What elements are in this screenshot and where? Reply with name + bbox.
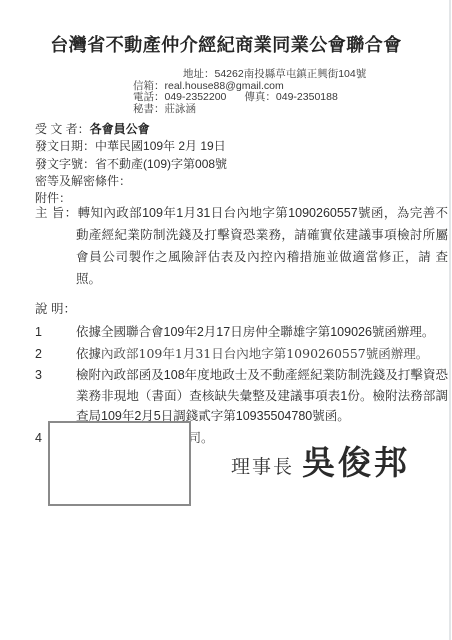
description-item: 1 依據全國聯合會109年2月17日房仲全聯雄字第109026號函辦理。 — [35, 322, 448, 343]
fax-value: 049-2350188 — [276, 91, 338, 103]
letter-body: 主 旨：轉知內政部109年1月31日台內地字第1090260557號函，為完善不… — [35, 202, 448, 449]
item-text-ming: 內政部109年1月31日台內地字第1090260557號函辦理。 — [101, 346, 428, 361]
fax-label: 傳真： — [244, 91, 276, 103]
official-letter-page: 台灣省不動產仲介經紀商業同業公會聯合會 地址：54262南投縣草屯鎮正興街104… — [0, 0, 452, 640]
secretary-label: 秘書： — [133, 103, 165, 115]
secretary-value: 莊詠涵 — [165, 103, 197, 115]
signature-block: 理事長 吳俊邦 — [231, 437, 410, 484]
item-number: 1 — [35, 322, 76, 343]
item-text: 依據全國聯合會109年2月17日房仲全聯雄字第109026號函辦理。 — [76, 322, 448, 343]
recipient-line: 受 文 者：各會員公會 — [35, 121, 227, 138]
official-seal-placeholder-box — [48, 421, 191, 506]
security-line: 密等及解密條件： — [35, 173, 227, 190]
secretary-line: 秘書：莊詠涵 — [133, 104, 366, 116]
security-label: 密等及解密條件： — [35, 174, 131, 188]
address-value: 54262南投縣草屯鎮正興街104號 — [215, 68, 367, 80]
phone-value: 049-2352200 — [165, 91, 227, 103]
item-text: 依據內政部109年1月31日台內地字第1090260557號函辦理。 — [76, 344, 448, 365]
contact-info-block: 地址：54262南投縣草屯鎮正興街104號 信箱：real.house88@gm… — [133, 69, 366, 115]
description-item: 3 檢附內政部函及108年度地政士及不動產經紀業防制洗錢及打擊資恐業務非現地（書… — [35, 365, 448, 427]
item-number: 3 — [35, 365, 76, 427]
description-item: 2 依據內政部109年1月31日台內地字第1090260557號函辦理。 — [35, 344, 448, 365]
letter-meta-block: 受 文 者：各會員公會 發文日期：中華民國109年 2月 19日 發文字號：省不… — [35, 121, 227, 207]
ref-number-value: 省不動產(109)字第008號 — [95, 157, 227, 171]
item-number: 2 — [35, 344, 76, 365]
scan-edge-shadow — [449, 0, 451, 640]
issue-date-line: 發文日期：中華民國109年 2月 19日 — [35, 138, 227, 155]
email-label: 信箱： — [133, 80, 165, 92]
phone-label: 電話： — [133, 91, 165, 103]
subject-paragraph: 主 旨：轉知內政部109年1月31日台內地字第1090260557號函，為完善不… — [35, 202, 448, 290]
recipient-label: 受 文 者： — [35, 122, 90, 136]
ref-number-line: 發文字號：省不動產(109)字第008號 — [35, 156, 227, 173]
organization-title: 台灣省不動產仲介經紀商業同業公會聯合會 — [0, 31, 452, 57]
item-text: 檢附內政部函及108年度地政士及不動產經紀業防制洗錢及打擊資恐業務非現地（書面）… — [76, 365, 448, 427]
subject-text: 轉知內政部109年1月31日台內地字第1090260557號函，為完善不動產經紀… — [76, 206, 448, 286]
subject-label: 主 旨： — [35, 206, 78, 220]
chairman-title: 理事長 — [231, 442, 294, 479]
address-label: 地址： — [183, 68, 215, 80]
item-text-sans: 依據 — [76, 347, 101, 361]
issue-date-value: 中華民國109年 2月 19日 — [95, 139, 226, 153]
ref-number-label: 發文字號： — [35, 157, 95, 171]
description-label: 說 明： — [35, 298, 448, 320]
chairman-name: 吳俊邦 — [302, 437, 410, 484]
issue-date-label: 發文日期： — [35, 139, 95, 153]
email-value: real.house88@gmail.com — [165, 80, 284, 92]
recipient-value: 各會員公會 — [90, 122, 150, 136]
